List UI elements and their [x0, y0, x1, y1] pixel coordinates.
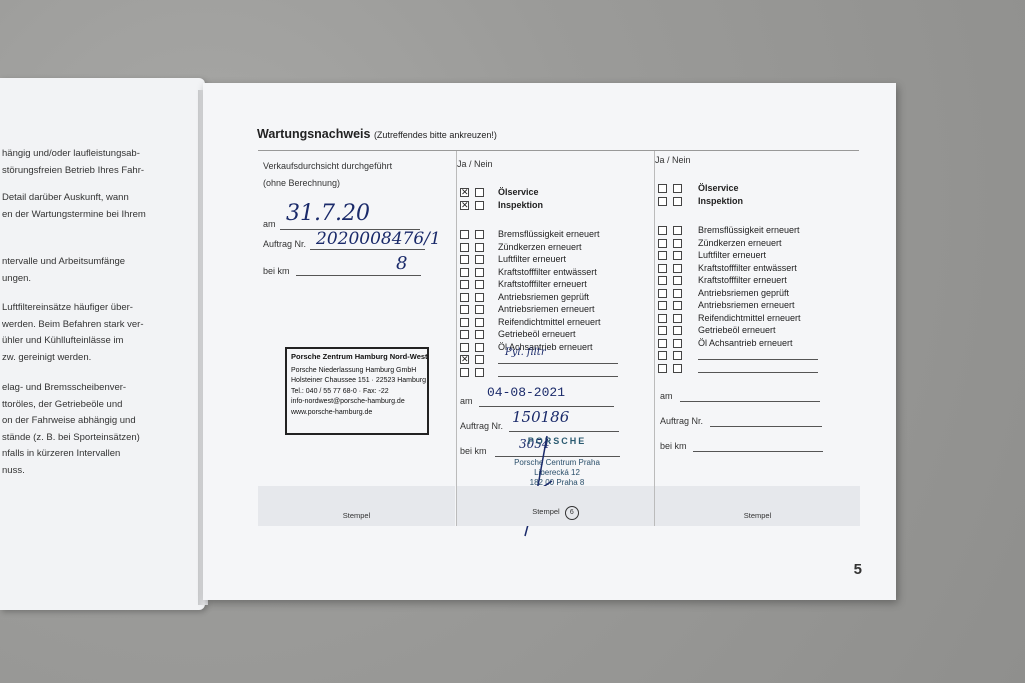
- maintenance-form: Verkaufsdurchsicht durchgeführt (ohne Be…: [258, 150, 859, 526]
- column-service-2: Ja / Nein ÖlserviceInspektionBremsflüssi…: [654, 151, 860, 526]
- maintenance-item-label: Luftfilter erneuert: [498, 254, 566, 264]
- checkbox-ja[interactable]: [460, 343, 469, 352]
- checkbox-nein[interactable]: [673, 339, 682, 348]
- checkbox-nein[interactable]: [475, 368, 484, 377]
- checkbox-ja[interactable]: [658, 197, 667, 206]
- maintenance-item-label: Luftfilter erneuert: [698, 250, 766, 260]
- service-item-label: Inspektion: [698, 196, 743, 206]
- checkbox-ja[interactable]: [658, 251, 667, 260]
- checkbox-nein[interactable]: [673, 301, 682, 310]
- checkbox-nein[interactable]: [673, 264, 682, 273]
- left-paragraph: elag- und Bremsscheibenver-ttoröles, der…: [2, 380, 140, 479]
- left-paragraph: Detail darüber Auskunft, wannen der Wart…: [2, 190, 146, 223]
- checkbox-nein[interactable]: [475, 201, 484, 210]
- checkbox-nein[interactable]: [673, 351, 682, 360]
- maintenance-item-label: Antriebsriemen geprüft: [498, 292, 589, 302]
- checkbox-ja[interactable]: [658, 289, 667, 298]
- column-sales-inspection: Verkaufsdurchsicht durchgeführt (ohne Be…: [258, 151, 455, 526]
- maintenance-item-label: Bremsflüssigkeit erneuert: [498, 229, 600, 239]
- maintenance-item-label: Zündkerzen erneuert: [498, 242, 582, 252]
- checkbox-ja[interactable]: [460, 305, 469, 314]
- am-value: 31.7.20: [286, 201, 370, 226]
- service-item-label: Ölservice: [698, 183, 739, 193]
- auftrag-label: Auftrag Nr.: [460, 421, 503, 431]
- checkbox-ja[interactable]: [460, 293, 469, 302]
- maintenance-item-label: Getriebeöl erneuert: [498, 329, 576, 339]
- maintenance-item-label: Bremsflüssigkeit erneuert: [698, 225, 800, 235]
- checkbox-nein[interactable]: [475, 305, 484, 314]
- checkbox-ja[interactable]: [658, 314, 667, 323]
- am-value: 04-08-2021: [487, 385, 565, 400]
- maintenance-item-label: Zündkerzen erneuert: [698, 238, 782, 248]
- checkbox-ja[interactable]: [658, 301, 667, 310]
- am-label: am: [660, 391, 673, 401]
- checkbox-ja[interactable]: [658, 326, 667, 335]
- checkbox-ja[interactable]: [658, 351, 667, 360]
- km-label: bei km: [263, 266, 290, 276]
- am-label: am: [460, 396, 473, 406]
- maintenance-item-label: Antriebsriemen erneuert: [498, 304, 595, 314]
- maintenance-item-label: Antriebsriemen erneuert: [698, 300, 795, 310]
- checkbox-ja[interactable]: [658, 339, 667, 348]
- stamp-area: Stempel 6: [457, 486, 654, 526]
- maintenance-item-label: Reifendichtmittel erneuert: [698, 313, 801, 323]
- checkbox-nein[interactable]: [475, 230, 484, 239]
- stamp-number: 6: [565, 506, 579, 520]
- checkbox-nein[interactable]: [475, 343, 484, 352]
- checkbox-ja[interactable]: [460, 330, 469, 339]
- auftrag-label: Auftrag Nr.: [263, 239, 306, 249]
- ja-nein-header: Ja / Nein: [457, 159, 493, 169]
- maintenance-item-label: Kraftstofffilter entwässert: [498, 267, 597, 277]
- checkbox-nein[interactable]: [673, 276, 682, 285]
- maintenance-item-label: Öl Achsantrieb erneuert: [698, 338, 793, 348]
- checkbox-nein[interactable]: [475, 293, 484, 302]
- stamp-area: Stempel: [258, 486, 455, 526]
- checkbox-ja[interactable]: [460, 255, 469, 264]
- maintenance-item-label: Kraftstofffilter erneuert: [498, 279, 587, 289]
- right-page: Wartungsnachweis (Zutreffendes bitte ank…: [203, 83, 896, 600]
- checkbox-ja[interactable]: [658, 184, 667, 193]
- maintenance-item-label: Kraftstofffilter entwässert: [698, 263, 797, 273]
- checkbox-nein[interactable]: [475, 268, 484, 277]
- checkbox-nein[interactable]: [475, 255, 484, 264]
- checkbox-ja[interactable]: [460, 243, 469, 252]
- column-service-1: Ja / Nein ✕Ölservice✕InspektionBremsflüs…: [456, 151, 654, 526]
- left-paragraph: hängig und/oder laufleistungsab-störungs…: [2, 146, 144, 179]
- km-label: bei km: [660, 441, 687, 451]
- maintenance-item-label: Kraftstofffilter erneuert: [698, 275, 787, 285]
- checkbox-nein[interactable]: [475, 188, 484, 197]
- left-paragraph: ntervalle und Arbeitsumfängeungen.: [2, 254, 125, 287]
- checkbox-nein[interactable]: [475, 318, 484, 327]
- dealer-stamp-hamburg: Porsche Zentrum Hamburg Nord-West Porsch…: [285, 347, 429, 435]
- checkbox-ja[interactable]: [460, 268, 469, 277]
- am-label: am: [263, 219, 276, 229]
- left-paragraph: Luftfiltereinsätze häufiger über-werden.…: [2, 300, 144, 366]
- heading-line2: (ohne Berechnung): [263, 178, 340, 188]
- checkbox-ja[interactable]: [658, 364, 667, 373]
- checkbox-nein[interactable]: [673, 251, 682, 260]
- stamp-area: Stempel: [655, 486, 860, 526]
- checkbox-ja[interactable]: ✕: [460, 355, 469, 364]
- maintenance-item-label: Antriebsriemen geprüft: [698, 288, 789, 298]
- checkbox-nein[interactable]: [475, 330, 484, 339]
- service-item-label: Inspektion: [498, 200, 543, 210]
- checkbox-ja[interactable]: [460, 280, 469, 289]
- checkbox-ja[interactable]: ✕: [460, 201, 469, 210]
- ja-nein-header: Ja / Nein: [655, 155, 691, 165]
- checkbox-nein[interactable]: [673, 364, 682, 373]
- checkbox-ja[interactable]: [658, 239, 667, 248]
- checkbox-nein[interactable]: [673, 226, 682, 235]
- page-number: 5: [854, 561, 862, 578]
- checkbox-nein[interactable]: [673, 184, 682, 193]
- extra-handwritten: Pyl. filtr: [505, 347, 546, 358]
- left-page: hängig und/oder laufleistungsab-störungs…: [0, 78, 205, 610]
- checkbox-nein[interactable]: [475, 243, 484, 252]
- checkbox-nein[interactable]: [475, 355, 484, 364]
- checkbox-ja[interactable]: [658, 276, 667, 285]
- checkbox-ja[interactable]: [460, 230, 469, 239]
- checkbox-nein[interactable]: [475, 280, 484, 289]
- maintenance-item-label: Reifendichtmittel erneuert: [498, 317, 601, 327]
- auftrag-value: 2020008476/1: [316, 229, 441, 249]
- checkbox-nein[interactable]: [673, 197, 682, 206]
- checkbox-ja[interactable]: [460, 368, 469, 377]
- checkbox-ja[interactable]: [658, 264, 667, 273]
- auftrag-value: 150186: [512, 408, 569, 426]
- auftrag-label: Auftrag Nr.: [660, 416, 703, 426]
- checkbox-nein[interactable]: [673, 314, 682, 323]
- checkbox-ja[interactable]: ✕: [460, 188, 469, 197]
- title-note: (Zutreffendes bitte ankreuzen!): [374, 130, 497, 140]
- checkbox-ja[interactable]: [658, 226, 667, 235]
- page-title: Wartungsnachweis (Zutreffendes bitte ank…: [257, 127, 497, 141]
- maintenance-item-label: Getriebeöl erneuert: [698, 325, 776, 335]
- checkbox-nein[interactable]: [673, 289, 682, 298]
- checkbox-nein[interactable]: [673, 239, 682, 248]
- checkbox-nein[interactable]: [673, 326, 682, 335]
- service-item-label: Ölservice: [498, 187, 539, 197]
- heading-line1: Verkaufsdurchsicht durchgeführt: [263, 161, 392, 171]
- checkbox-ja[interactable]: [460, 318, 469, 327]
- km-value: 8: [396, 253, 407, 274]
